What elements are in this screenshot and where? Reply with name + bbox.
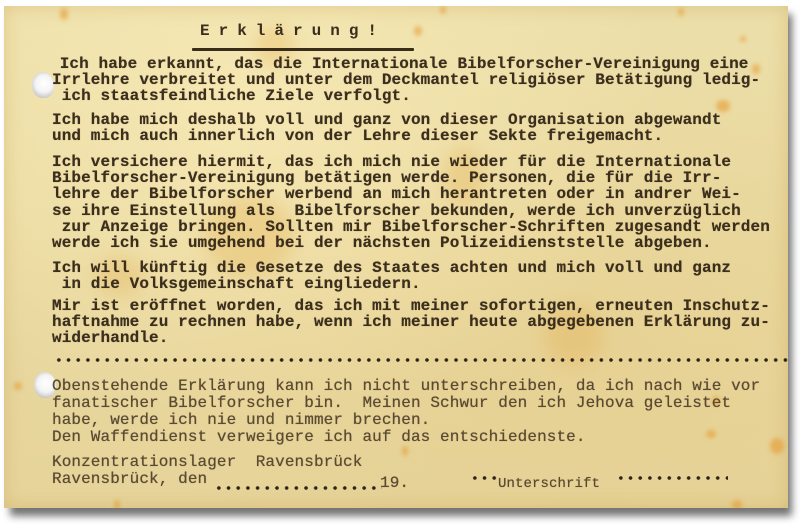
document-sheet: Erklärung! Ich habe erkannt, das die Int… (4, 6, 788, 508)
rust-stain (732, 500, 742, 508)
dotted-separator (54, 356, 788, 364)
rust-stain (440, 6, 446, 14)
text-line: Ich habe mich deshalb voll und ganz von … (52, 112, 721, 128)
date-blank-dots (214, 484, 382, 492)
rust-stain (402, 446, 408, 456)
text-line: lehre der Bibelforscher werbend an mich … (52, 186, 741, 202)
text-line: Mir ist eröffnet worden, das ich mit mei… (52, 298, 770, 314)
title-underline (192, 48, 414, 51)
text-line: Irrlehre verbreitet und unter dem Deckma… (52, 72, 760, 88)
text-line: haftnahme zu rechnen habe, wenn ich mein… (52, 314, 770, 330)
text-line: und mich auch innerlich von der Lehre di… (52, 128, 663, 144)
text-line: widerhandle. (52, 330, 168, 346)
rust-stain (14, 382, 22, 390)
rust-stain (770, 438, 784, 454)
signature-blank-dots (616, 474, 728, 482)
text-line: ich staatsfeindliche Ziele verfolgt. (52, 88, 411, 104)
signature-label: Unterschrift (498, 476, 600, 492)
text-line: Ich habe erkannt, das die Internationale… (50, 56, 749, 72)
rust-stain (414, 26, 422, 36)
punch-hole (32, 72, 54, 98)
text-line: werde ich sie umgehend bei der nächsten … (52, 235, 712, 251)
year-prefix: 19. (380, 475, 409, 491)
document-title: Erklärung! (200, 22, 386, 40)
signature-blank-dots (470, 474, 500, 482)
rust-stain (706, 430, 716, 438)
rust-stain (740, 36, 746, 42)
text-line: habe, werde ich nie und nimmer brechen. (52, 412, 430, 428)
text-line: Ich versichere hiermit, das ich mich nie… (52, 154, 731, 170)
rust-stain (60, 8, 68, 20)
date-label: Ravensbrück, den (52, 471, 207, 487)
text-line: fanatischer Bibelforscher bin. Meinen Sc… (52, 395, 731, 411)
rust-stain (678, 8, 684, 16)
text-line: Den Waffendienst verweigere ich auf das … (52, 429, 586, 445)
text-line: Ich will künftig die Gesetze des Staates… (52, 260, 731, 276)
text-line: Bibelforscher-Vereinigung betätigen werd… (52, 170, 721, 186)
place-line: Konzentrationslager Ravensbrück (52, 454, 362, 470)
text-line: se ihre Einstellung als Bibelforscher be… (52, 203, 741, 219)
text-line: in die Volksgemeinschaft eingliedern. (52, 276, 421, 292)
text-line: Obenstehende Erklärung kann ich nicht un… (52, 378, 760, 394)
text-line: zur Anzeige bringen. Sollten mir Bibelfo… (52, 219, 770, 235)
rust-stain (114, 500, 120, 508)
